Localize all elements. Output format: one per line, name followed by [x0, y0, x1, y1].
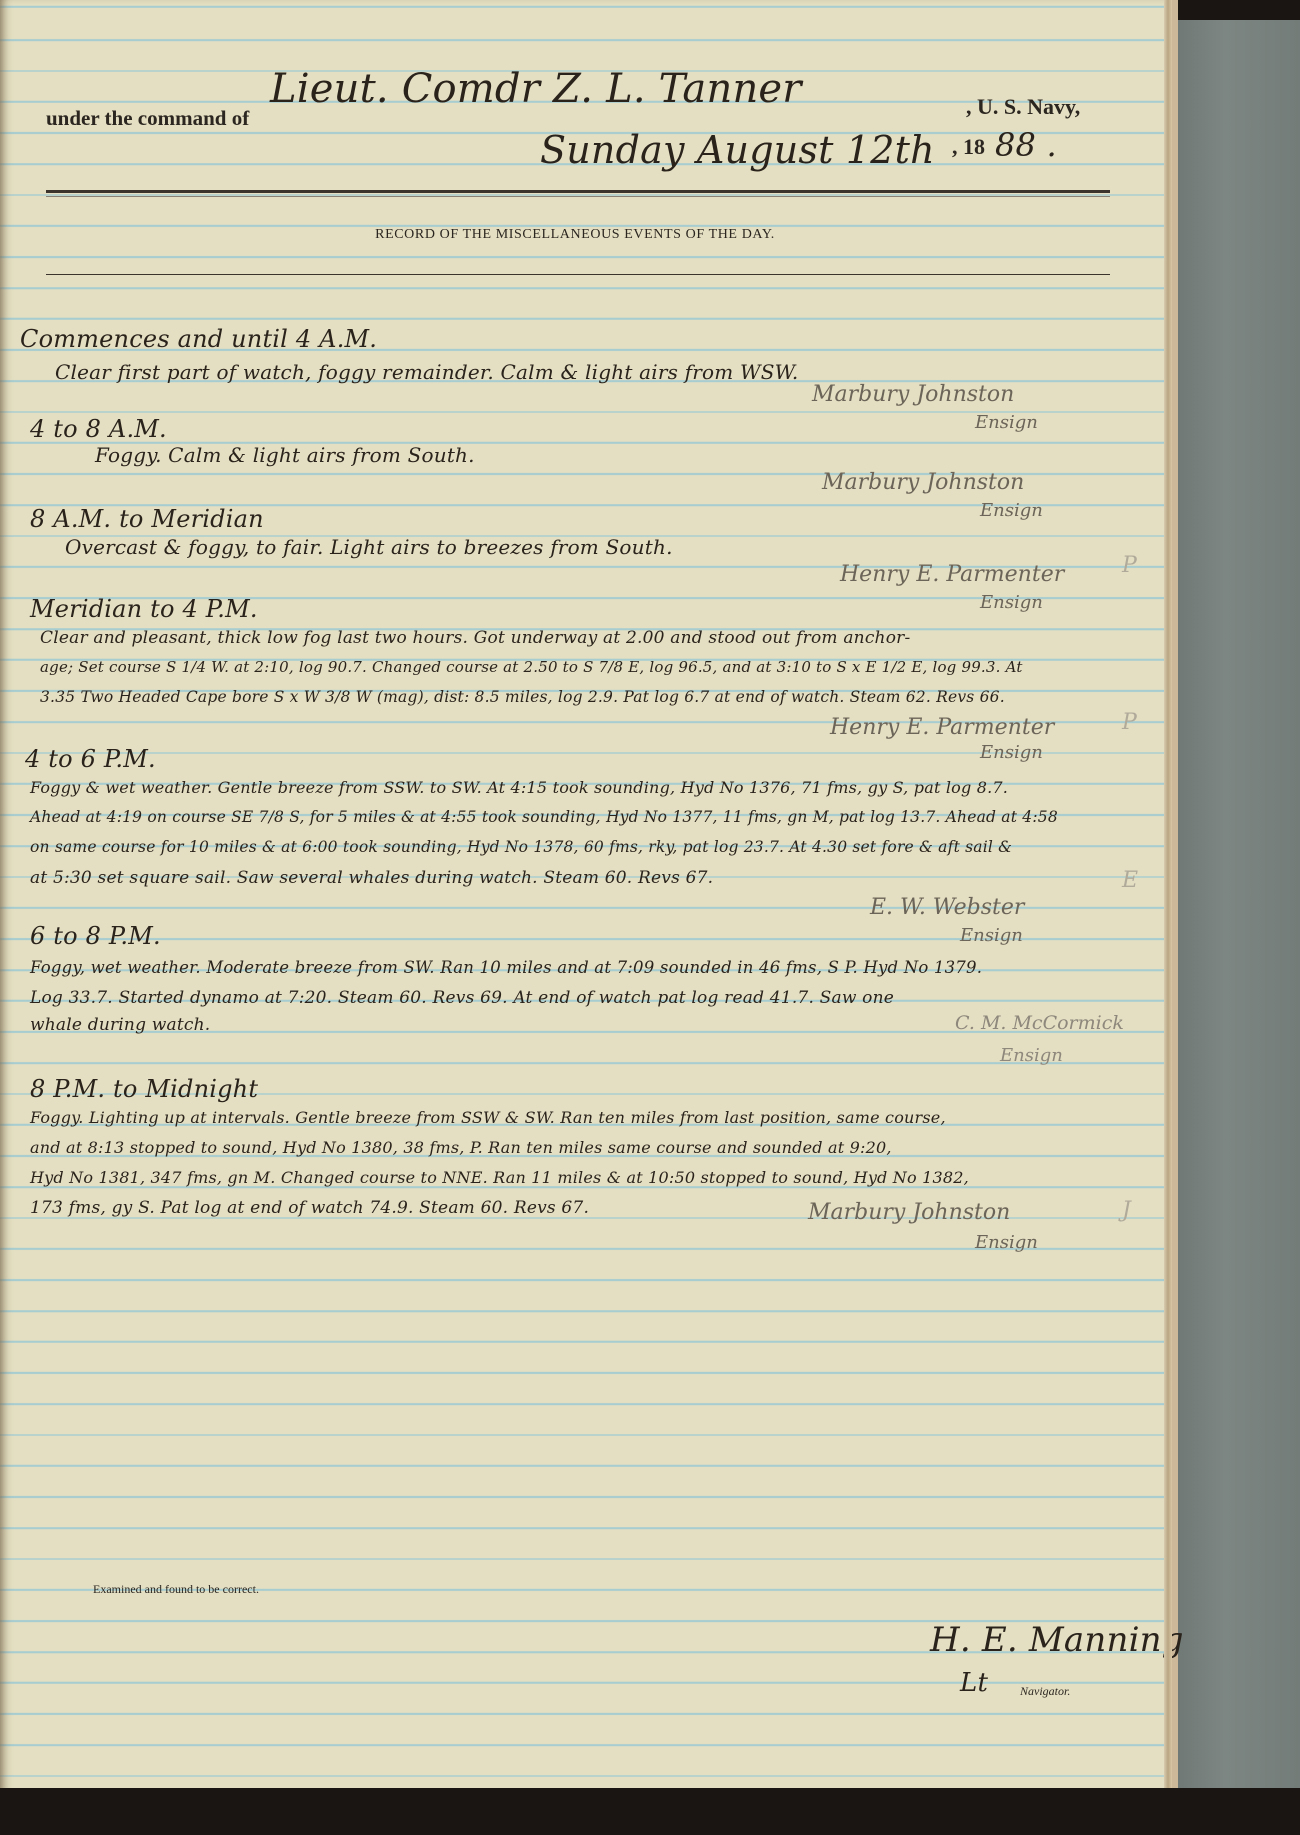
command-prefix: under the command of	[46, 106, 249, 131]
watch-line: age; Set course S 1/4 W. at 2:10, log 90…	[40, 658, 1023, 676]
logbook-page: under the command of Lieut. Comdr Z. L. …	[0, 0, 1178, 1800]
officer-signature: Marbury Johnston	[808, 1200, 1010, 1225]
examined-statement: Examined and found to be correct.	[93, 1582, 259, 1597]
watch-line: Foggy, wet weather. Moderate breeze from…	[30, 958, 982, 977]
officer-signature: Marbury Johnston	[822, 470, 1024, 495]
officer-rank: Ensign	[1000, 1045, 1063, 1066]
margin-initial: J	[1122, 1198, 1131, 1223]
officer-rank: Ensign	[980, 500, 1043, 521]
watch-line: Clear and pleasant, thick low fog last t…	[40, 628, 910, 648]
watch-line: Hyd No 1381, 347 fms, gn M. Changed cour…	[30, 1168, 969, 1187]
watch-line: 173 fms, gy S. Pat log at end of watch 7…	[30, 1198, 589, 1218]
officer-rank: Ensign	[975, 1232, 1038, 1253]
watch-heading: 8 A.M. to Meridian	[30, 505, 264, 533]
book-cover-panel	[1175, 20, 1300, 1820]
officer-signature: C. M. McCormick	[955, 1012, 1124, 1034]
officer-rank: Ensign	[980, 592, 1043, 613]
date-handwritten: Sunday August 12th	[540, 128, 935, 172]
margin-initial: E	[1122, 868, 1138, 893]
watch-heading: Commences and until 4 A.M.	[20, 325, 377, 353]
page-edge	[1164, 0, 1172, 1800]
year-suffix: 88 .	[995, 126, 1057, 164]
watch-heading: 4 to 6 P.M.	[25, 745, 156, 773]
year-prefix: , 18	[952, 134, 985, 160]
watch-heading: 4 to 8 A.M.	[30, 415, 167, 443]
watch-line: Overcast & foggy, to fair. Light airs to…	[65, 535, 673, 559]
navigator-rank: Lt	[960, 1668, 988, 1698]
watch-line: Clear first part of watch, foggy remaind…	[55, 360, 798, 384]
officer-rank: Ensign	[960, 925, 1023, 946]
officer-rank: Ensign	[980, 742, 1043, 763]
watch-heading: Meridian to 4 P.M.	[30, 595, 258, 623]
header-double-rule	[46, 190, 1110, 193]
officer-signature: Marbury Johnston	[812, 382, 1014, 407]
officer-signature: E. W. Webster	[870, 895, 1024, 920]
watch-line: 3.35 Two Headed Cape bore S x W 3/8 W (m…	[40, 688, 1005, 706]
navigator-label: Navigator.	[1020, 1684, 1070, 1699]
watch-line: Log 33.7. Started dynamo at 7:20. Steam …	[30, 988, 894, 1008]
watch-line: Ahead at 4:19 on course SE 7/8 S, for 5 …	[30, 808, 1058, 826]
margin-initial: P	[1122, 710, 1137, 735]
watch-line: Foggy. Calm & light airs from South.	[95, 443, 475, 467]
officer-signature: Henry E. Parmenter	[830, 715, 1054, 740]
watch-heading: 6 to 8 P.M.	[30, 922, 161, 950]
navigator-signature: H. E. Manning	[930, 1620, 1184, 1660]
officer-rank: Ensign	[975, 412, 1038, 433]
watch-heading: 8 P.M. to Midnight	[30, 1075, 258, 1103]
watch-line: and at 8:13 stopped to sound, Hyd No 138…	[30, 1138, 892, 1157]
officer-signature: Henry E. Parmenter	[840, 562, 1064, 587]
watch-line: at 5:30 set square sail. Saw several wha…	[30, 868, 713, 888]
section-rule	[46, 274, 1110, 275]
header-double-rule-thin	[46, 196, 1110, 197]
book-bottom-shadow	[0, 1788, 1300, 1835]
watch-line: whale during watch.	[30, 1015, 210, 1035]
watch-line: on same course for 10 miles & at 6:00 to…	[30, 838, 1012, 856]
watch-line: Foggy & wet weather. Gentle breeze from …	[30, 778, 1008, 797]
watch-line: Foggy. Lighting up at intervals. Gentle …	[30, 1108, 946, 1127]
commander-name: Lieut. Comdr Z. L. Tanner	[270, 66, 802, 112]
navy-suffix: , U. S. Navy,	[966, 94, 1080, 120]
section-title: RECORD OF THE MISCELLANEOUS EVENTS OF TH…	[0, 227, 1150, 243]
margin-initial: P	[1122, 553, 1137, 578]
